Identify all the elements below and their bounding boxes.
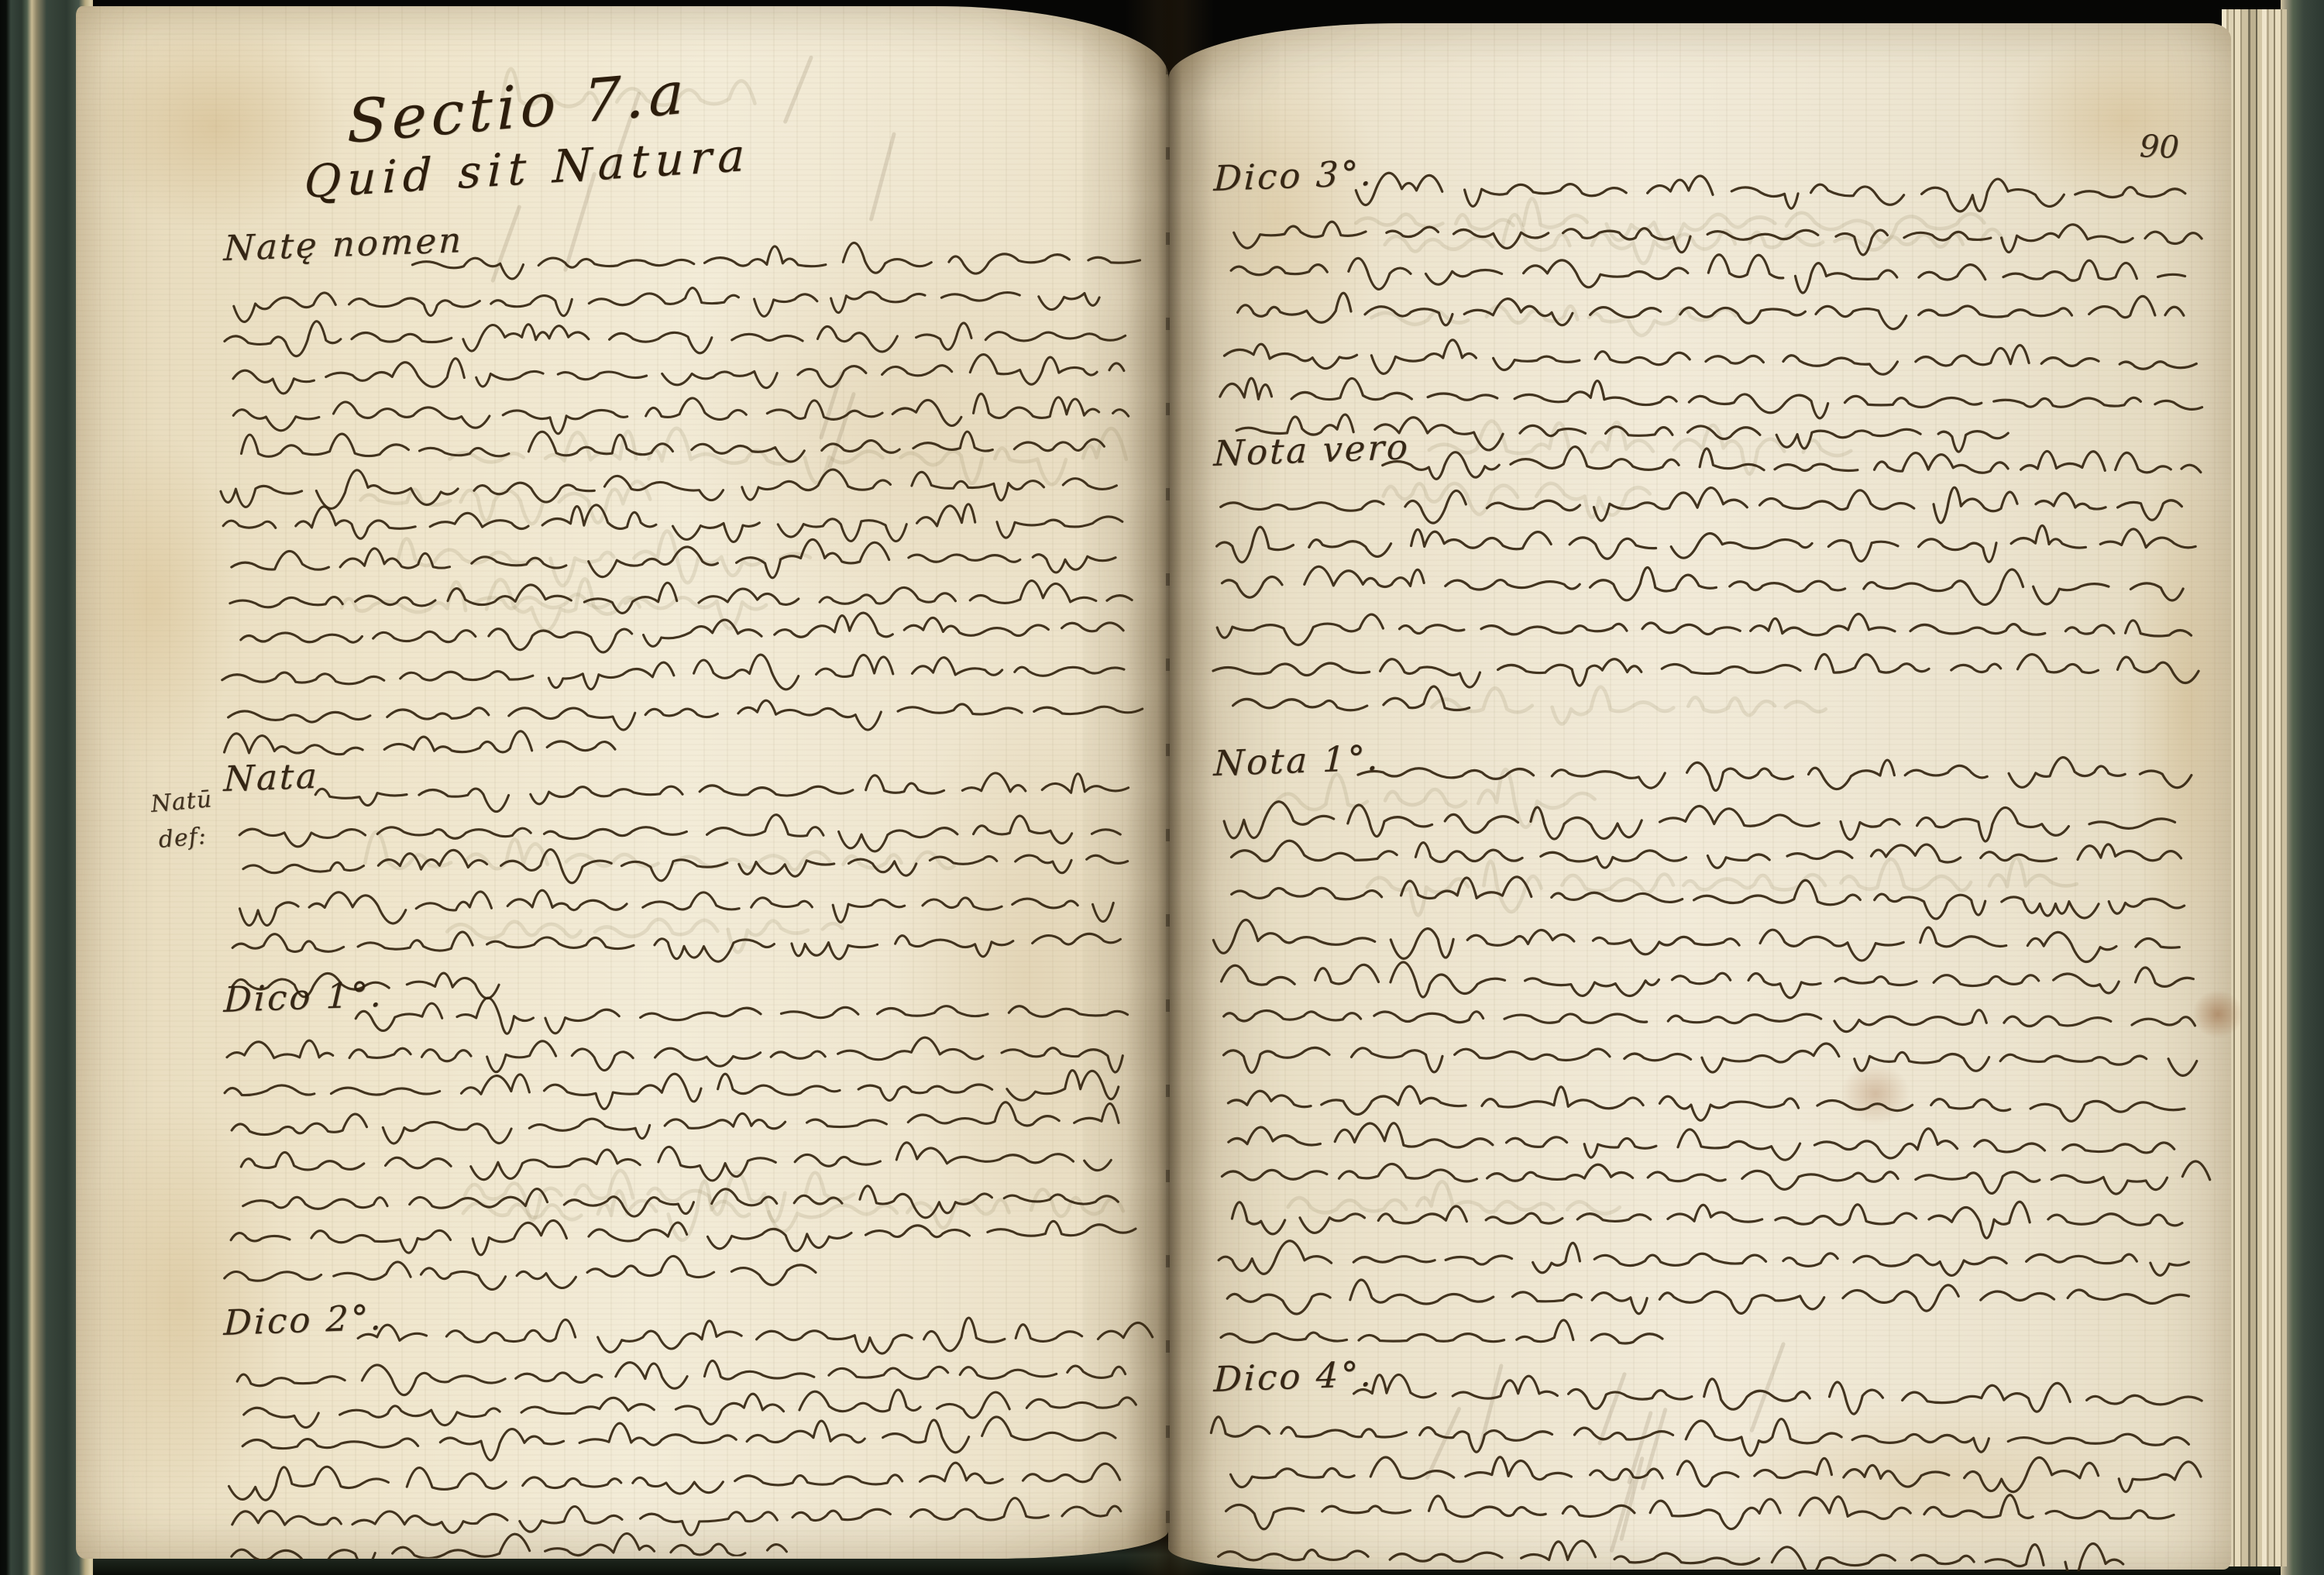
paragraph-opener: Dico 4°. <box>1213 1357 1374 1397</box>
stain <box>1710 1394 2160 1573</box>
paragraph-opener: Nota 1°. <box>1213 740 1381 781</box>
stain <box>1841 1063 1910 1125</box>
book-cover-right-edge <box>2281 0 2324 1575</box>
manuscript-photo: Sectio 7.a Quid sit Natura Natū def: 90 … <box>0 0 2324 1575</box>
paragraph-opener: Nota vero <box>1213 429 1411 471</box>
stain <box>1176 54 1385 380</box>
paragraph-opener: Dico 3°. <box>1213 156 1374 196</box>
right-page <box>1168 23 2231 1570</box>
paragraph-opener: Dico 2°. <box>223 1300 384 1340</box>
paper-texture <box>1168 23 2231 1570</box>
stain <box>889 696 1160 1253</box>
paragraph-opener: Nata <box>223 758 320 796</box>
page-edges-stack <box>2222 9 2287 1566</box>
folio-number: 90 <box>2139 131 2179 163</box>
stain <box>2129 426 2245 984</box>
stain <box>657 200 1153 641</box>
margin-note-line2: def: <box>157 825 208 852</box>
stain <box>2005 31 2245 209</box>
paragraph-opener: Natę nomen <box>223 222 464 266</box>
paragraph-opener: Dico 1°. <box>223 977 384 1017</box>
stain <box>70 432 240 765</box>
margin-note-line1: Natū <box>150 788 213 817</box>
